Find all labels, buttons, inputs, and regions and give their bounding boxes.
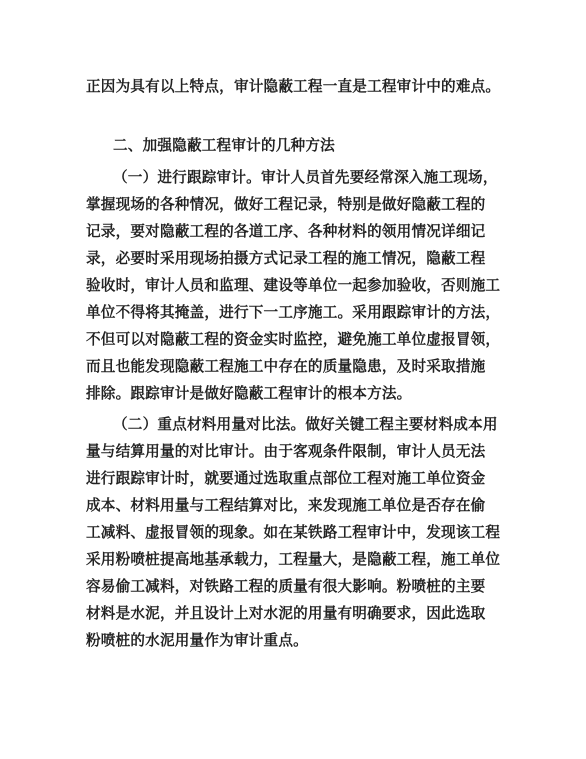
paragraph-line: 记录，要对隐蔽工程的各道工序、各种材料的领用情况详细记 bbox=[86, 222, 506, 242]
paragraph-line: 粉喷桩的水泥用量作为审计重点。 bbox=[86, 631, 506, 651]
paragraph-line: 成本、材料用量与工程结算对比，来发现施工单位是否存在偷 bbox=[86, 496, 506, 516]
paragraph-line: （二）重点材料用量对比法。做好关键工程主要材料成本用 bbox=[113, 415, 533, 435]
section-heading: 二、加强隐蔽工程审计的几种方法 bbox=[113, 136, 533, 156]
intro-line: 正因为具有以上特点，审计隐蔽工程一直是工程审计中的难点。 bbox=[86, 77, 506, 97]
paragraph-line: 而且也能发现隐蔽工程施工中存在的质量隐患，及时采取措施 bbox=[86, 357, 506, 377]
paragraph-line: 采用粉喷桩提高地基承载力，工程量大，是隐蔽工程，施工单位 bbox=[86, 550, 506, 570]
paragraph-line: 录，必要时采用现场拍摄方式记录工程的施工情况，隐蔽工程 bbox=[86, 249, 506, 269]
document-page: 正因为具有以上特点，审计隐蔽工程一直是工程审计中的难点。 二、加强隐蔽工程审计的… bbox=[0, 0, 586, 759]
paragraph-line: 不但可以对隐蔽工程的资金实时监控，避免施工单位虚报冒领， bbox=[86, 330, 506, 350]
paragraph-line: 进行跟踪审计时，就要通过选取重点部位工程对施工单位资金 bbox=[86, 469, 506, 489]
paragraph-line: 验收时，审计人员和监理、建设等单位一起参加验收，否则施工 bbox=[86, 276, 506, 296]
paragraph-line: （一）进行跟踪审计。审计人员首先要经常深入施工现场， bbox=[113, 168, 533, 188]
paragraph-line: 排除。跟踪审计是做好隐蔽工程审计的根本方法。 bbox=[86, 384, 506, 404]
paragraph-line: 容易偷工减料，对铁路工程的质量有很大影响。粉喷桩的主要 bbox=[86, 577, 506, 597]
paragraph-line: 掌握现场的各种情况，做好工程记录，特别是做好隐蔽工程的 bbox=[86, 195, 506, 215]
paragraph-line: 量与结算用量的对比审计。由于客观条件限制，审计人员无法 bbox=[86, 442, 506, 462]
paragraph-line: 工减料、虚报冒领的现象。如在某铁路工程审计中，发现该工程 bbox=[86, 523, 506, 543]
paragraph-line: 单位不得将其掩盖，进行下一工序施工。采用跟踪审计的方法， bbox=[86, 303, 506, 323]
paragraph-line: 材料是水泥，并且设计上对水泥的用量有明确要求，因此选取 bbox=[86, 604, 506, 624]
